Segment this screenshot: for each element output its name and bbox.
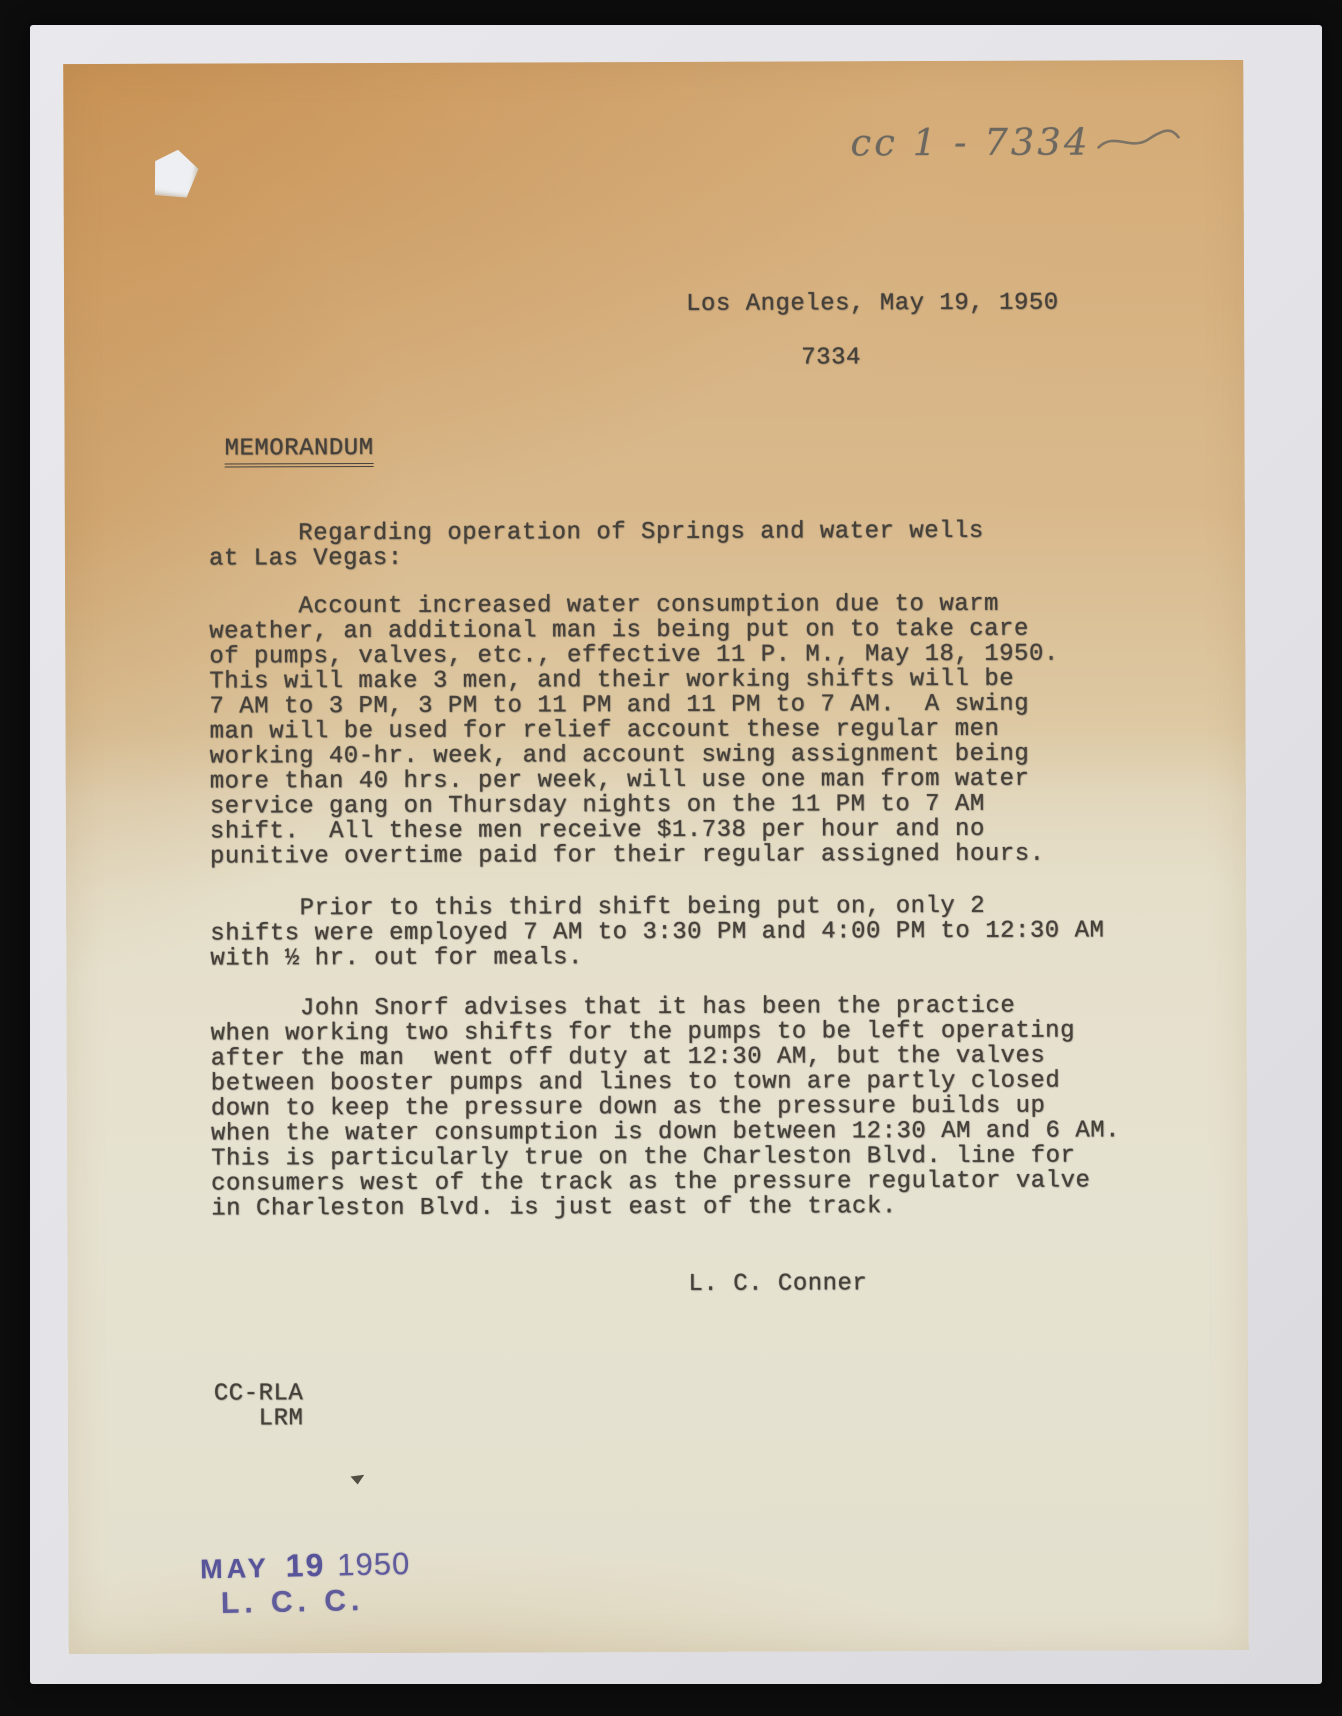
memo-paragraph-1: Account increased water consumption due … — [209, 592, 1059, 870]
stamp-year: 1950 — [337, 1546, 411, 1584]
stamp-day: 19 — [285, 1547, 325, 1585]
dateline: Los Angeles, May 19, 1950 — [686, 291, 1059, 317]
ink-speck-mark — [349, 1472, 364, 1486]
signature: L. C. Conner — [688, 1271, 867, 1297]
handwritten-flourish — [1096, 125, 1180, 159]
stamp-initials: L. C. C. — [221, 1583, 412, 1621]
stamp-date-line: MAY 19 1950 — [200, 1545, 411, 1586]
date-received-stamp: MAY 19 1950 L. C. C. — [200, 1545, 412, 1621]
handwritten-file-note: cc 1 - 7334 — [850, 120, 1180, 164]
memo-paragraph-2: Prior to this third shift being put on, … — [210, 893, 1104, 971]
photo-print-border: cc 1 - 7334 Los Angeles, May 19, 1950 73… — [30, 25, 1322, 1684]
file-number: 7334 — [801, 345, 861, 370]
paper-tear — [151, 147, 201, 201]
cc-initials-block: CC-RLA LRM — [214, 1381, 304, 1431]
stamp-month: MAY — [200, 1553, 270, 1585]
memo-paper: cc 1 - 7334 Los Angeles, May 19, 1950 73… — [63, 60, 1249, 1654]
memo-title: MEMORANDUM — [225, 435, 374, 468]
memo-intro: Regarding operation of Springs and water… — [209, 519, 984, 572]
memo-paragraph-3: John Snorf advises that it has been the … — [210, 993, 1120, 1221]
memo-title-wrap: MEMORANDUM — [225, 436, 374, 462]
handwritten-file-note-text: cc 1 - 7334 — [850, 120, 1090, 164]
